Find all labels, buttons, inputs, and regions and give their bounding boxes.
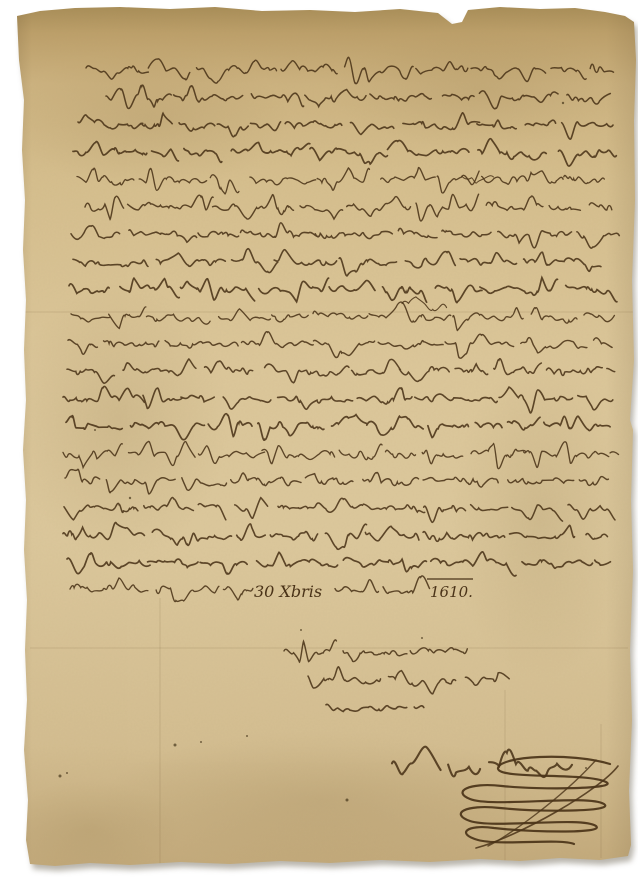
foxing-spot (174, 744, 177, 747)
foxing-spot (94, 429, 96, 431)
foxing-spot (421, 637, 423, 639)
paper-grain-texture (0, 0, 638, 878)
foxing-spot (246, 735, 248, 737)
foxing-spot (346, 799, 349, 802)
date-year-text: 1610. (430, 583, 473, 601)
foxing-spot (300, 629, 302, 631)
foxing-spot (562, 102, 564, 104)
foxing-spot (200, 741, 202, 743)
foxing-spot (66, 772, 68, 774)
foxing-spot (129, 497, 131, 499)
foxing-spot (59, 775, 62, 778)
date-day-month-text: 30 Xbris (254, 582, 322, 601)
manuscript-svg: 30 Xbris 1610. (0, 0, 638, 878)
manuscript-photo: 30 Xbris 1610. (0, 0, 638, 878)
foxing-spot (585, 767, 587, 769)
